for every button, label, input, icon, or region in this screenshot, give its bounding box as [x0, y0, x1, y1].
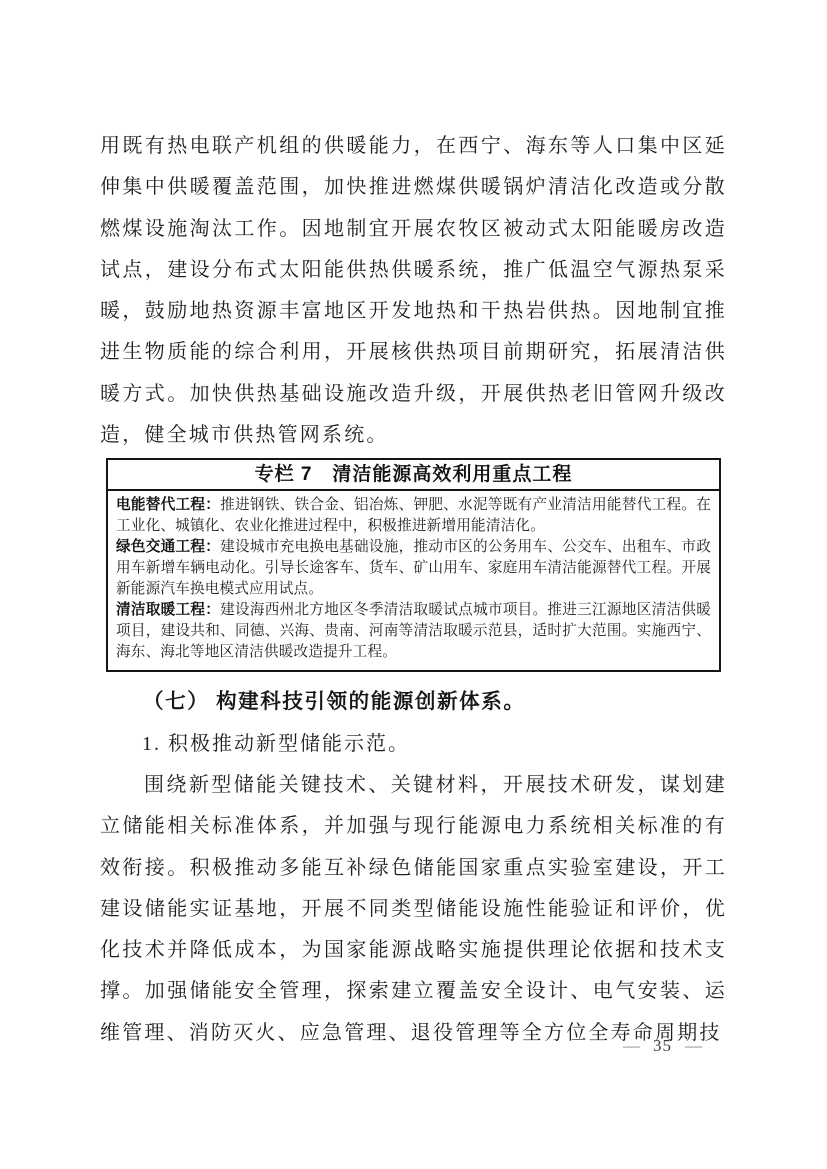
page-content: 用既有热电联产机组的供暖能力，在西宁、海东等人口集中区延伸集中供暖覆盖范围，加快… — [100, 126, 727, 1054]
box-item-green-transport: 绿色交通工程：建设城市充电换电基础设施，推动市区的公务用车、公交车、出租车、市政… — [116, 537, 711, 600]
page-number-value: 35 — [653, 1036, 672, 1055]
box-item-label: 电能替代工程： — [116, 497, 220, 513]
paragraph-energy-storage: 围绕新型储能关键技术、关键材料，开展技术研发，谋划建立储能相关标准体系，并加强与… — [100, 765, 727, 1054]
section-subheading-1: 1. 积极推动新型储能示范。 — [100, 724, 727, 765]
page-number-dash-right: — — [685, 1036, 702, 1055]
box-item-label: 绿色交通工程： — [116, 539, 220, 555]
box-item-electric-substitution: 电能替代工程：推进钢铁、铁合金、铝冶炼、钾肥、水泥等既有产业清洁用能替代工程。在… — [116, 495, 711, 537]
page-number-dash-left: — — [623, 1036, 640, 1055]
feature-box-body: 电能替代工程：推进钢铁、铁合金、铝冶炼、钾肥、水泥等既有产业清洁用能替代工程。在… — [108, 491, 719, 670]
paragraph-clean-heating: 用既有热电联产机组的供暖能力，在西宁、海东等人口集中区延伸集中供暖覆盖范围，加快… — [100, 126, 727, 456]
page-number: —35— — [610, 1036, 715, 1056]
box-item-label: 清洁取暖工程： — [116, 602, 220, 618]
box-item-clean-heating: 清洁取暖工程：建设海西州北方地区冬季清洁取暖试点城市项目。推进三江源地区清洁供暖… — [116, 600, 711, 663]
feature-box-column7: 专栏 7 清洁能源高效利用重点工程 电能替代工程：推进钢铁、铁合金、铝冶炼、钾肥… — [106, 458, 721, 672]
feature-box-title: 专栏 7 清洁能源高效利用重点工程 — [108, 460, 719, 491]
section-heading-seven: （七） 构建科技引领的能源创新体系。 — [100, 682, 727, 723]
document-page: 用既有热电联产机组的供暖能力，在西宁、海东等人口集中区延伸集中供暖覆盖范围，加快… — [0, 0, 827, 1169]
